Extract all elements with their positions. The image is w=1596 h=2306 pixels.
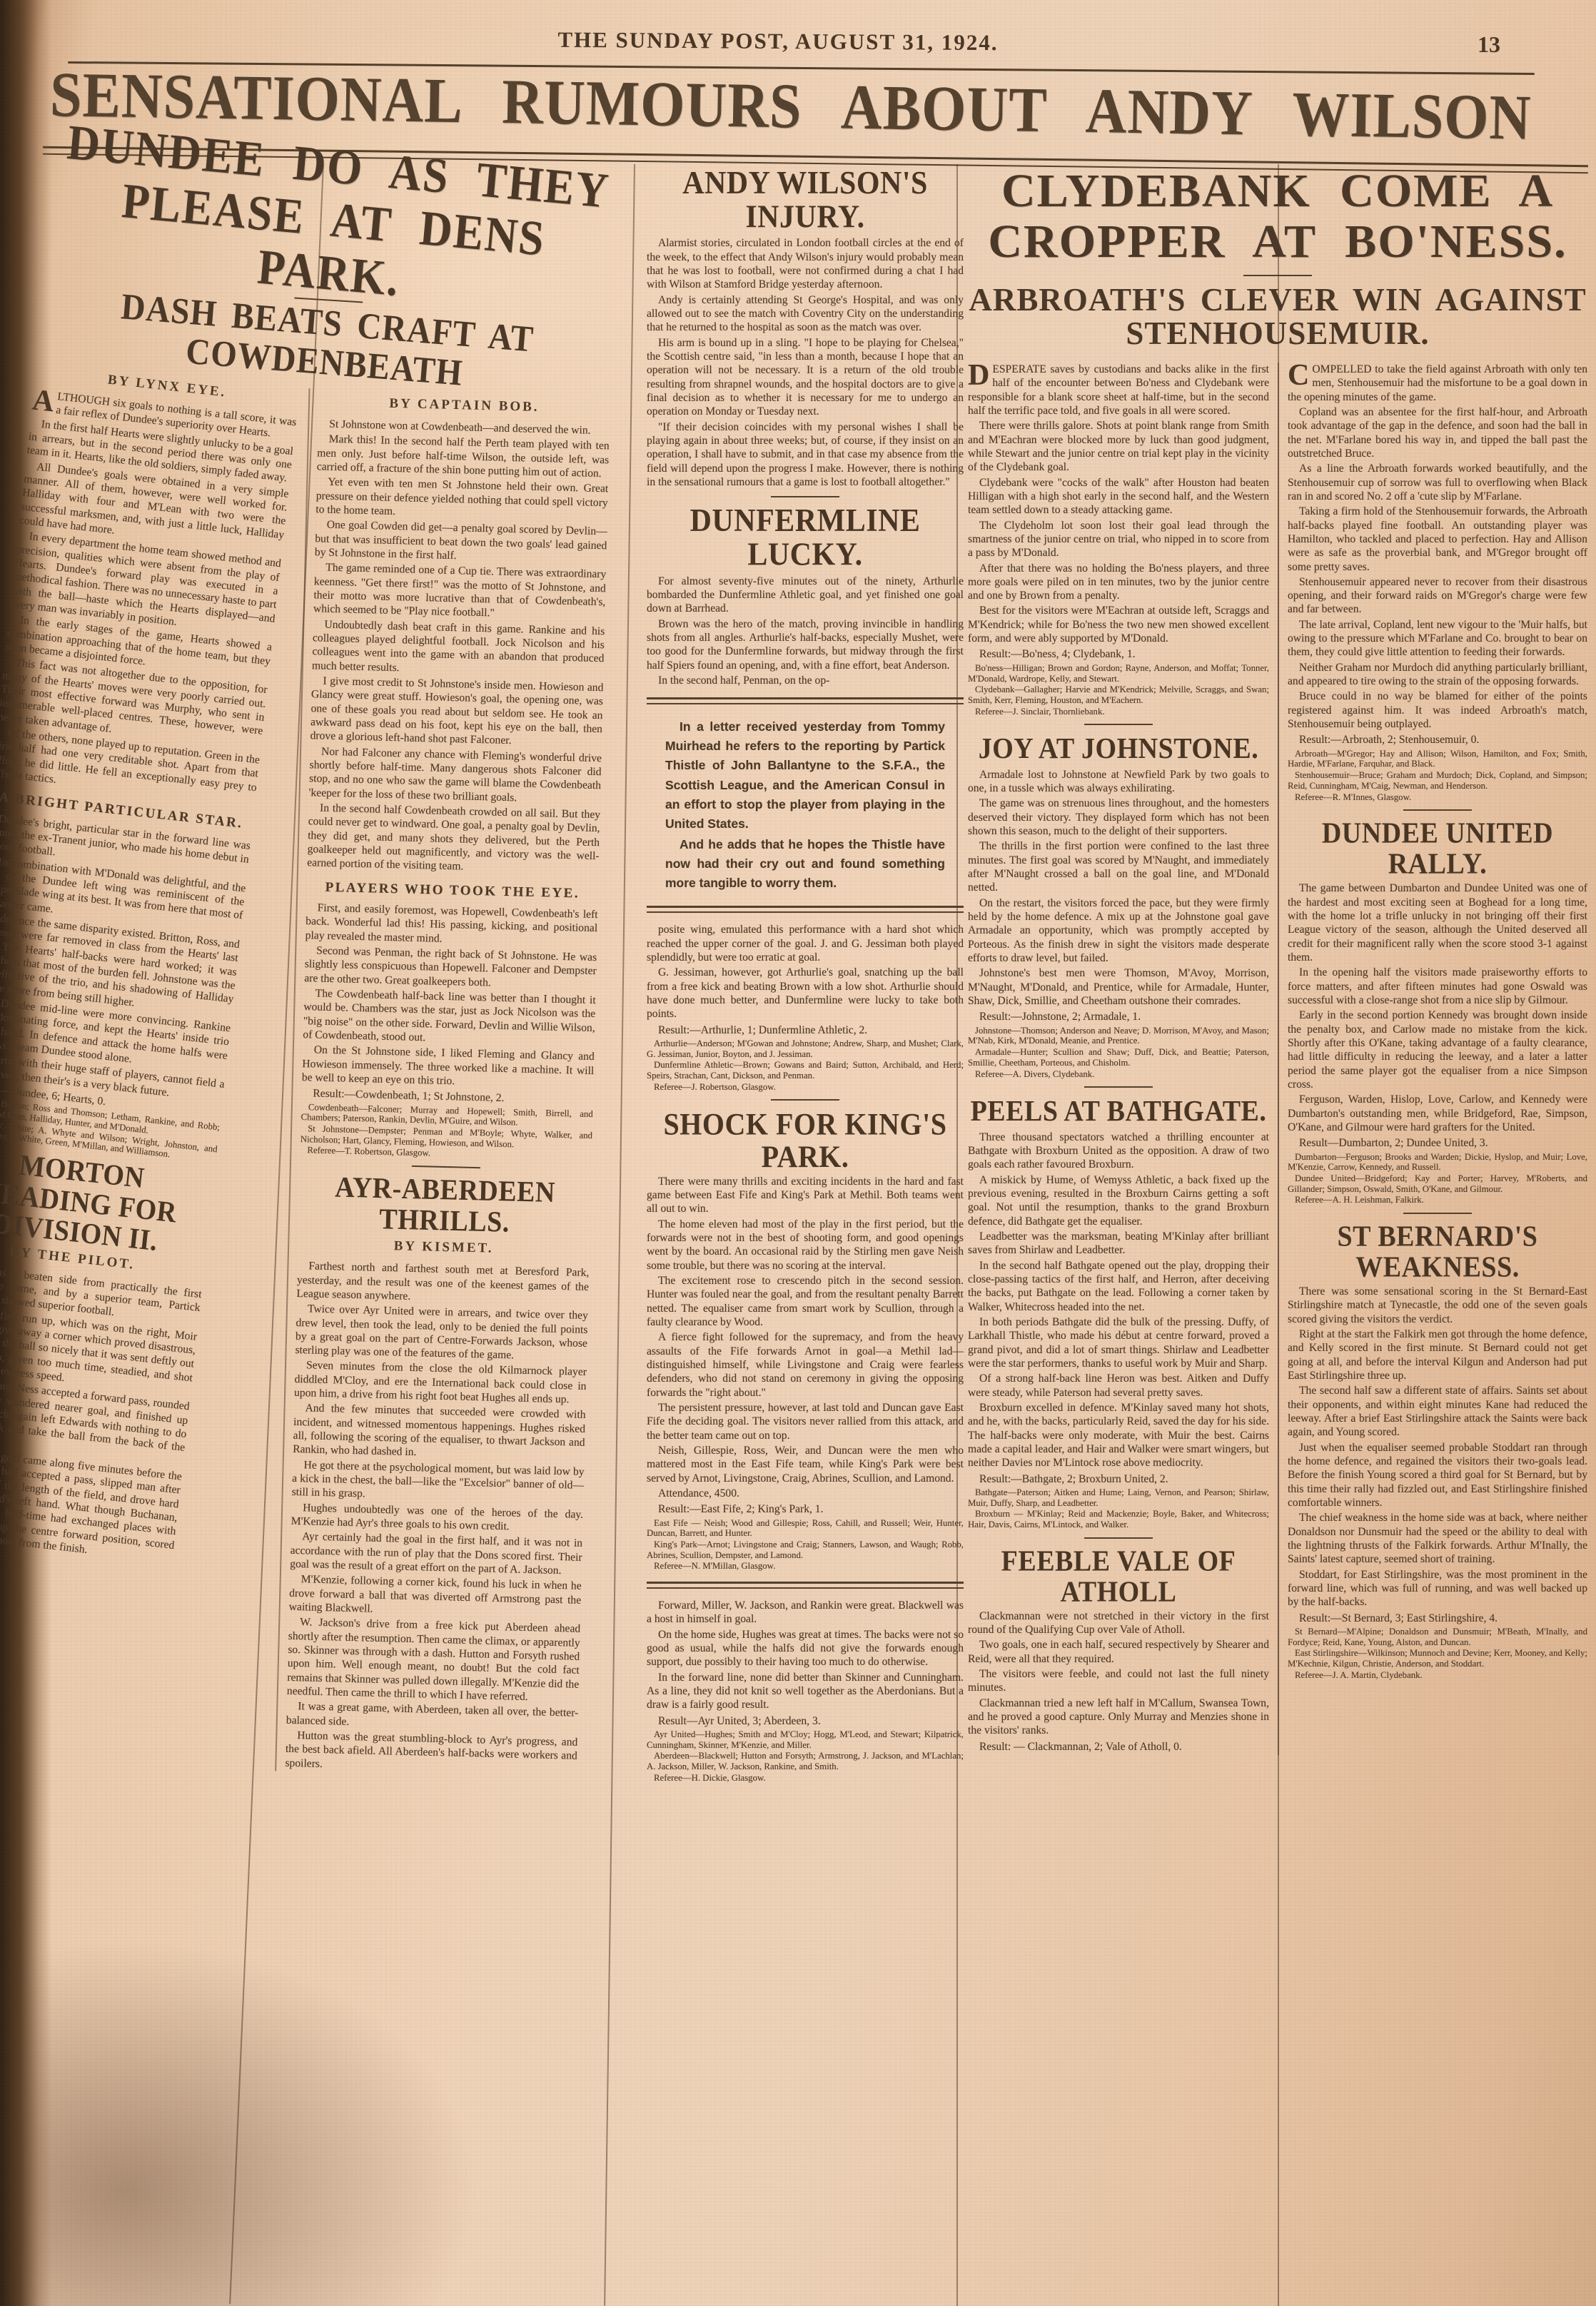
paragraph: The Clydeholm lot soon lost their goal l… bbox=[968, 519, 1269, 560]
article-headline-clydebank: CLYDEBANK COME A CROPPER AT BO'NESS. bbox=[959, 166, 1596, 268]
middle-column: ANDY WILSON'S INJURY. Alarmist stories, … bbox=[638, 166, 972, 1784]
paragraph: There were many thrills and exciting inc… bbox=[647, 1175, 964, 1216]
article-body: Three thousand spectators watched a thri… bbox=[968, 1131, 1269, 1530]
paragraph: W. Jackson's drive from a free kick put … bbox=[287, 1615, 581, 1705]
heavy-rule bbox=[647, 906, 964, 913]
paragraph: Ayr certainly had the goal in the first … bbox=[290, 1529, 582, 1578]
divider bbox=[771, 1099, 839, 1101]
paragraph: Undoubtedly dash beat craft in this game… bbox=[312, 617, 605, 679]
paragraph: Result:—Arbroath, 2; Stenhousemuir, 0. bbox=[1288, 733, 1587, 747]
paragraph: In the second half Cowdenbeath crowded o… bbox=[307, 801, 600, 877]
paragraph: In the opening half the visitors made pr… bbox=[1288, 966, 1587, 1007]
paragraph: Best for the visitors were M'Eachran at … bbox=[968, 604, 1269, 645]
paragraph: The second half saw a different state of… bbox=[1288, 1384, 1587, 1439]
article-headline-dundee-united: DUNDEE UNITED RALLY. bbox=[1288, 819, 1587, 879]
paragraph: Result:—Bo'ness, 4; Clydebank, 1. bbox=[968, 647, 1269, 661]
paragraph: Andy is certainly attending St George's … bbox=[647, 293, 964, 335]
paragraph: Neither Graham nor Murdoch did anything … bbox=[1288, 661, 1587, 689]
divider bbox=[1084, 724, 1153, 725]
paragraph: Nor had Falconer any chance with Fleming… bbox=[308, 744, 602, 806]
paragraph: Copland was an absentee for the first ha… bbox=[1288, 405, 1587, 460]
paragraph: Of a strong half-back line Heron was bes… bbox=[968, 1372, 1269, 1400]
paragraph: One goal Cowden did get—a penalty goal s… bbox=[315, 517, 607, 566]
right-section: CLYDEBANK COME A CROPPER AT BO'NESS. ARB… bbox=[959, 166, 1596, 1755]
paragraph: I give most credit to St Johnstone's ins… bbox=[310, 674, 603, 750]
paragraph: Result—Ayr United, 3; Aberdeen, 3. bbox=[647, 1714, 964, 1728]
article-headline-johnstone: JOY AT JOHNSTONE. bbox=[968, 734, 1269, 765]
paragraph: Broxburn excelled in defence. M'Kinlay s… bbox=[968, 1401, 1269, 1470]
divider bbox=[1084, 1086, 1153, 1088]
paragraph: He got there at the psychological moment… bbox=[291, 1457, 584, 1506]
paragraph: A miskick by Hume, of Wemyss Athletic, a… bbox=[968, 1173, 1269, 1228]
paragraph: Stenhousemuir appeared never to recover … bbox=[1288, 575, 1587, 617]
paragraph: Early in the second portion Kennedy was … bbox=[1288, 1008, 1587, 1091]
paragraph: Result:—St Bernard, 3; East Stirlingshir… bbox=[1288, 1612, 1587, 1625]
paragraph: Referee—J. Robertson, Glasgow. bbox=[647, 1082, 964, 1093]
paragraph: Two goals, one in each half, secured res… bbox=[968, 1638, 1269, 1666]
paragraph: Three thousand spectators watched a thri… bbox=[968, 1131, 1269, 1172]
article-body: Morton was a beaten side from practicall… bbox=[0, 1259, 203, 1566]
page-number: 13 bbox=[1478, 31, 1500, 58]
paragraph: Result:—Bathgate, 2; Broxburn United, 2. bbox=[968, 1472, 1269, 1486]
paragraph: Hutton was the great stumbling-block to … bbox=[285, 1729, 577, 1777]
article-body: St Johnstone won at Cowdenbeath—and dese… bbox=[300, 417, 610, 1163]
paragraph: Farthest north and farthest south met at… bbox=[296, 1259, 589, 1308]
column-boness: DESPERATE saves by custodians and backs … bbox=[959, 363, 1278, 1755]
paragraph: In the forward line, none did better tha… bbox=[647, 1671, 964, 1712]
heavy-rule bbox=[647, 1582, 964, 1589]
byline-kismet: BY KISMET. bbox=[298, 1236, 590, 1259]
paragraph: Referee—J. A. Martin, Clydebank. bbox=[1288, 1670, 1587, 1681]
paragraph: Just when the equaliser seemed probable … bbox=[1288, 1441, 1587, 1510]
paragraph: On the restart, the visitors forced the … bbox=[968, 896, 1269, 966]
paragraph: Brown was the hero of the match, proving… bbox=[647, 617, 964, 672]
paragraph: The Cowdenbeath half-back line was bette… bbox=[303, 986, 596, 1048]
article-body: ALTHOUGH six goals to nothing is a tall … bbox=[0, 387, 297, 1165]
byline-captain-bob: BY CAPTAIN BOB. bbox=[318, 394, 610, 417]
paragraph: In the second half, Penman, on the op- bbox=[647, 674, 964, 687]
paragraph: Referee—J. Sinclair, Thornliebank. bbox=[968, 707, 1269, 717]
paragraph: Second was Penman, the right back of St … bbox=[304, 944, 597, 992]
paragraph: In a letter received yesterday from Tomm… bbox=[665, 717, 945, 834]
article-body: Forward, Miller, W. Jackson, and Rankin … bbox=[647, 1599, 964, 1783]
paragraph: G. Jessiman, however, got Arthurlie's go… bbox=[647, 966, 964, 1021]
paragraph: On the St Johnstone side, I liked Flemin… bbox=[302, 1043, 595, 1091]
paragraph: As a line the Arbroath forwards worked b… bbox=[1288, 462, 1587, 503]
paragraph: Referee—R. M'Innes, Glasgow. bbox=[1288, 792, 1587, 803]
paragraph: Ayr United—Hughes; Smith and M'Cloy; Hog… bbox=[647, 1729, 964, 1750]
paragraph: Arbroath—M'Gregor; Hay and Allison; Wils… bbox=[1288, 749, 1587, 769]
article-headline-kings-park: SHOCK FOR KING'S PARK. bbox=[647, 1108, 964, 1173]
divider bbox=[1403, 809, 1472, 811]
paragraph: The game between Dumbarton and Dundee Un… bbox=[1288, 881, 1587, 964]
paragraph: And the few minutes that succeeded were … bbox=[293, 1401, 586, 1463]
paragraph: The visitors were feeble, and could not … bbox=[968, 1667, 1269, 1695]
paragraph: Clydebank—Gallagher; Harvie and M'Kendri… bbox=[968, 684, 1269, 705]
article-headline-vale-of-atholl: FEEBLE VALE OF ATHOLL bbox=[968, 1547, 1269, 1607]
paragraph: King's Park—Arnot; Livingstone and Craig… bbox=[647, 1539, 964, 1560]
paragraph: DESPERATE saves by custodians and backs … bbox=[968, 363, 1269, 418]
paragraph: East Fife — Neish; Wood and Gillespie; R… bbox=[647, 1518, 964, 1539]
masthead: THE SUNDAY POST, AUGUST 31, 1924. bbox=[43, 24, 1513, 59]
paragraph: M'Kenzie, following a corner kick, found… bbox=[289, 1572, 582, 1621]
paragraph: Result:—East Fife, 2; King's Park, 1. bbox=[647, 1502, 964, 1516]
paragraph: Result:—Johnstone, 2; Armadale, 1. bbox=[968, 1010, 1269, 1023]
paragraph: "If their decision coincides with my per… bbox=[647, 420, 964, 490]
paragraph: Armadale—Hunter; Scullion and Shaw; Duff… bbox=[968, 1047, 1269, 1068]
article-headline-ayr-aberdeen: AYR-ABERDEEN THRILLS. bbox=[298, 1172, 592, 1240]
article-headline-st-bernards: ST BERNARD'S WEAKNESS. bbox=[1288, 1222, 1587, 1283]
paragraph: The late arrival, Copland, lent new vigo… bbox=[1288, 618, 1587, 659]
paragraph: The home eleven had most of the play in … bbox=[647, 1218, 964, 1273]
paragraph: Stenhousemuir—Bruce; Graham and Murdoch;… bbox=[1288, 770, 1587, 791]
paragraph: Aberdeen—Blackwell; Hutton and Forsyth; … bbox=[647, 1751, 964, 1771]
paragraph: Referee—A. H. Leishman, Falkirk. bbox=[1288, 1195, 1587, 1205]
paragraph: Clackmannan were not stretched in their … bbox=[968, 1609, 1269, 1637]
paragraph: After that there was no holding the Bo'n… bbox=[968, 562, 1269, 603]
newspaper-page: THE SUNDAY POST, AUGUST 31, 1924. 13 SEN… bbox=[0, 0, 1596, 2306]
article-body: Armadale lost to Johnstone at Newfield P… bbox=[968, 768, 1269, 1079]
divider bbox=[1084, 1537, 1153, 1539]
paragraph: Leadbetter was the marksman, beating M'K… bbox=[968, 1230, 1269, 1258]
paragraph: COMPELLED to take the field against Arbr… bbox=[1288, 363, 1587, 404]
column-captain-bob: BY CAPTAIN BOB. St Johnstone won at Cowd… bbox=[275, 388, 619, 1779]
paragraph: The excitement rose to crescendo pitch i… bbox=[647, 1274, 964, 1329]
subheading: PLAYERS WHO TOOK THE EYE. bbox=[306, 878, 598, 902]
article-headline-arbroath: ARBROATH'S CLEVER WIN AGAINST STENHOUSEM… bbox=[959, 283, 1596, 351]
article-body: Alarmist stories, circulated in London f… bbox=[647, 236, 964, 489]
paragraph: Forward, Miller, W. Jackson, and Rankin … bbox=[647, 1599, 964, 1627]
paragraph: Right at the start the Falkirk men got t… bbox=[1288, 1328, 1587, 1382]
article-body: Clackmannan were not stretched in their … bbox=[968, 1609, 1269, 1754]
paragraph: posite wing, emulated this performance w… bbox=[647, 923, 964, 964]
paragraph: Hughes undoubtedly was one of the heroes… bbox=[291, 1500, 583, 1535]
paragraph: It was a great game, with Aberdeen, take… bbox=[286, 1699, 579, 1734]
paragraph: Bruce could in no way be blamed for eith… bbox=[1288, 689, 1587, 731]
paragraph: In the second half Bathgate opened out t… bbox=[968, 1259, 1269, 1314]
paragraph: Bathgate—Paterson; Aitken and Hume; Lain… bbox=[968, 1487, 1269, 1508]
article-body: The game between Dumbarton and Dundee Un… bbox=[1288, 881, 1587, 1205]
paragraph: Armadale lost to Johnstone at Newfield P… bbox=[968, 768, 1269, 796]
paragraph: First, and easily foremost, was Hopewell… bbox=[305, 901, 598, 949]
heavy-rule bbox=[647, 697, 964, 704]
paragraph: The game was on strenuous lines througho… bbox=[968, 797, 1269, 838]
divider bbox=[771, 496, 839, 497]
article-headline-dunfermline: DUNFERMLINE LUCKY. bbox=[647, 505, 964, 572]
article-headline-bathgate: PEELS AT BATHGATE. bbox=[968, 1097, 1269, 1128]
article-body: For almost seventy-five minutes out of t… bbox=[647, 575, 964, 688]
paragraph: The game reminded one of a Cup tie. Ther… bbox=[313, 560, 607, 622]
paragraph: Referee—N. M'Millan, Glasgow. bbox=[647, 1561, 964, 1572]
article-body: COMPELLED to take the field against Arbr… bbox=[1288, 363, 1587, 802]
article-body: There was some sensational scoring in th… bbox=[1288, 1285, 1587, 1680]
paragraph: Yet even with ten men St Johnstone held … bbox=[315, 475, 608, 523]
paragraph: Neish, Gillespie, Ross, Weir, and Duncan… bbox=[647, 1444, 964, 1485]
paragraph: Johnstone's best men were Thomson, M'Avo… bbox=[968, 966, 1269, 1008]
paragraph: Seven minutes from the close the old Kil… bbox=[294, 1358, 587, 1407]
paragraph: East Stirlingshire—Wilkinson; Munnoch an… bbox=[1288, 1648, 1587, 1669]
paragraph: For almost seventy-five minutes out of t… bbox=[647, 575, 964, 616]
paragraph: Stoddart, for East Stirlingshire, was th… bbox=[1288, 1568, 1587, 1609]
muirhead-letter-box: In a letter received yesterday from Tomm… bbox=[647, 714, 964, 896]
paragraph: Referee—H. Dickie, Glasgow. bbox=[647, 1773, 964, 1784]
paragraph: Bo'ness—Hilligan; Brown and Gordon; Rayn… bbox=[968, 663, 1269, 684]
paragraph: Ferguson, Warden, Hislop, Love, Carlow, … bbox=[1288, 1093, 1587, 1134]
divider bbox=[1243, 275, 1312, 276]
paragraph: A fierce fight followed for the supremac… bbox=[647, 1330, 964, 1400]
paragraph: Result:—Arthurlie, 1; Dunfermline Athlet… bbox=[647, 1023, 964, 1037]
paragraph: Dumbarton—Ferguson; Brooks and Warden; D… bbox=[1288, 1152, 1587, 1173]
article-body: DESPERATE saves by custodians and backs … bbox=[968, 363, 1269, 717]
paragraph: Taking a firm hold of the Stenhousemuir … bbox=[1288, 505, 1587, 574]
paragraph: Mark this! In the second half the Perth … bbox=[317, 432, 610, 480]
paragraph: Twice over Ayr United were in arrears, a… bbox=[295, 1302, 588, 1364]
paragraph: Johnstone—Thomson; Anderson and Neave; D… bbox=[968, 1026, 1269, 1046]
article-body: Farthest north and farthest south met at… bbox=[285, 1259, 589, 1777]
paragraph: Result—Dumbarton, 2; Dundee United, 3. bbox=[1288, 1136, 1587, 1150]
article-body: There were many thrills and exciting inc… bbox=[647, 1175, 964, 1572]
column-lynx-eye: BY LYNX EYE. ALTHOUGH six goals to nothi… bbox=[0, 358, 309, 1763]
paragraph: In both periods Bathgate did the bulk of… bbox=[968, 1315, 1269, 1370]
left-section: DUNDEE DO AS THEY PLEASE AT DENS PARK. D… bbox=[0, 128, 634, 1788]
paragraph: Dunfermline Athletic—Brown; Gowans and B… bbox=[647, 1060, 964, 1081]
article-body: posite wing, emulated this performance w… bbox=[647, 923, 964, 1092]
paragraph: Result: — Clackmannan, 2; Vale of Atholl… bbox=[968, 1740, 1269, 1754]
divider bbox=[1403, 1213, 1472, 1214]
paragraph: There were thrills galore. Shots at poin… bbox=[968, 419, 1269, 474]
paragraph: There was some sensational scoring in th… bbox=[1288, 1285, 1587, 1326]
paragraph: And he adds that he hopes the Thistle ha… bbox=[665, 835, 945, 893]
paragraph: Alarmist stories, circulated in London f… bbox=[647, 236, 964, 291]
paragraph: The thrills in the first portion were co… bbox=[968, 839, 1269, 894]
article-headline-andy-wilson: ANDY WILSON'S INJURY. bbox=[647, 168, 964, 235]
paragraph: His arm is bound up in a sling. "I hope … bbox=[647, 336, 964, 419]
paragraph: St Bernard—M'Alpine; Donaldson and Dunsm… bbox=[1288, 1627, 1587, 1647]
paragraph: Clydebank were "cocks of the walk" after… bbox=[968, 476, 1269, 517]
paragraph: On the home side, Hughes was great at ti… bbox=[647, 1628, 964, 1669]
paragraph: Clackmannan tried a new left half in M'C… bbox=[968, 1696, 1269, 1738]
paragraph: Broxburn — M'Kinlay; Reid and Mackenzie;… bbox=[968, 1509, 1269, 1529]
paragraph: Referee—A. Divers, Clydebank. bbox=[968, 1069, 1269, 1080]
paragraph: Arthurlie—Anderson; M'Gowan and Johnston… bbox=[647, 1038, 964, 1059]
divider bbox=[411, 1165, 480, 1168]
paragraph: The persistent pressure, however, at las… bbox=[647, 1401, 964, 1442]
paragraph: Attendance, 4500. bbox=[647, 1487, 964, 1500]
paragraph: The chief weakness in the home side was … bbox=[1288, 1511, 1587, 1566]
paragraph: Dundee United—Bridgeford; Kay and Porter… bbox=[1288, 1173, 1587, 1194]
column-stenhousemuir: COMPELLED to take the field against Arbr… bbox=[1278, 363, 1596, 1755]
